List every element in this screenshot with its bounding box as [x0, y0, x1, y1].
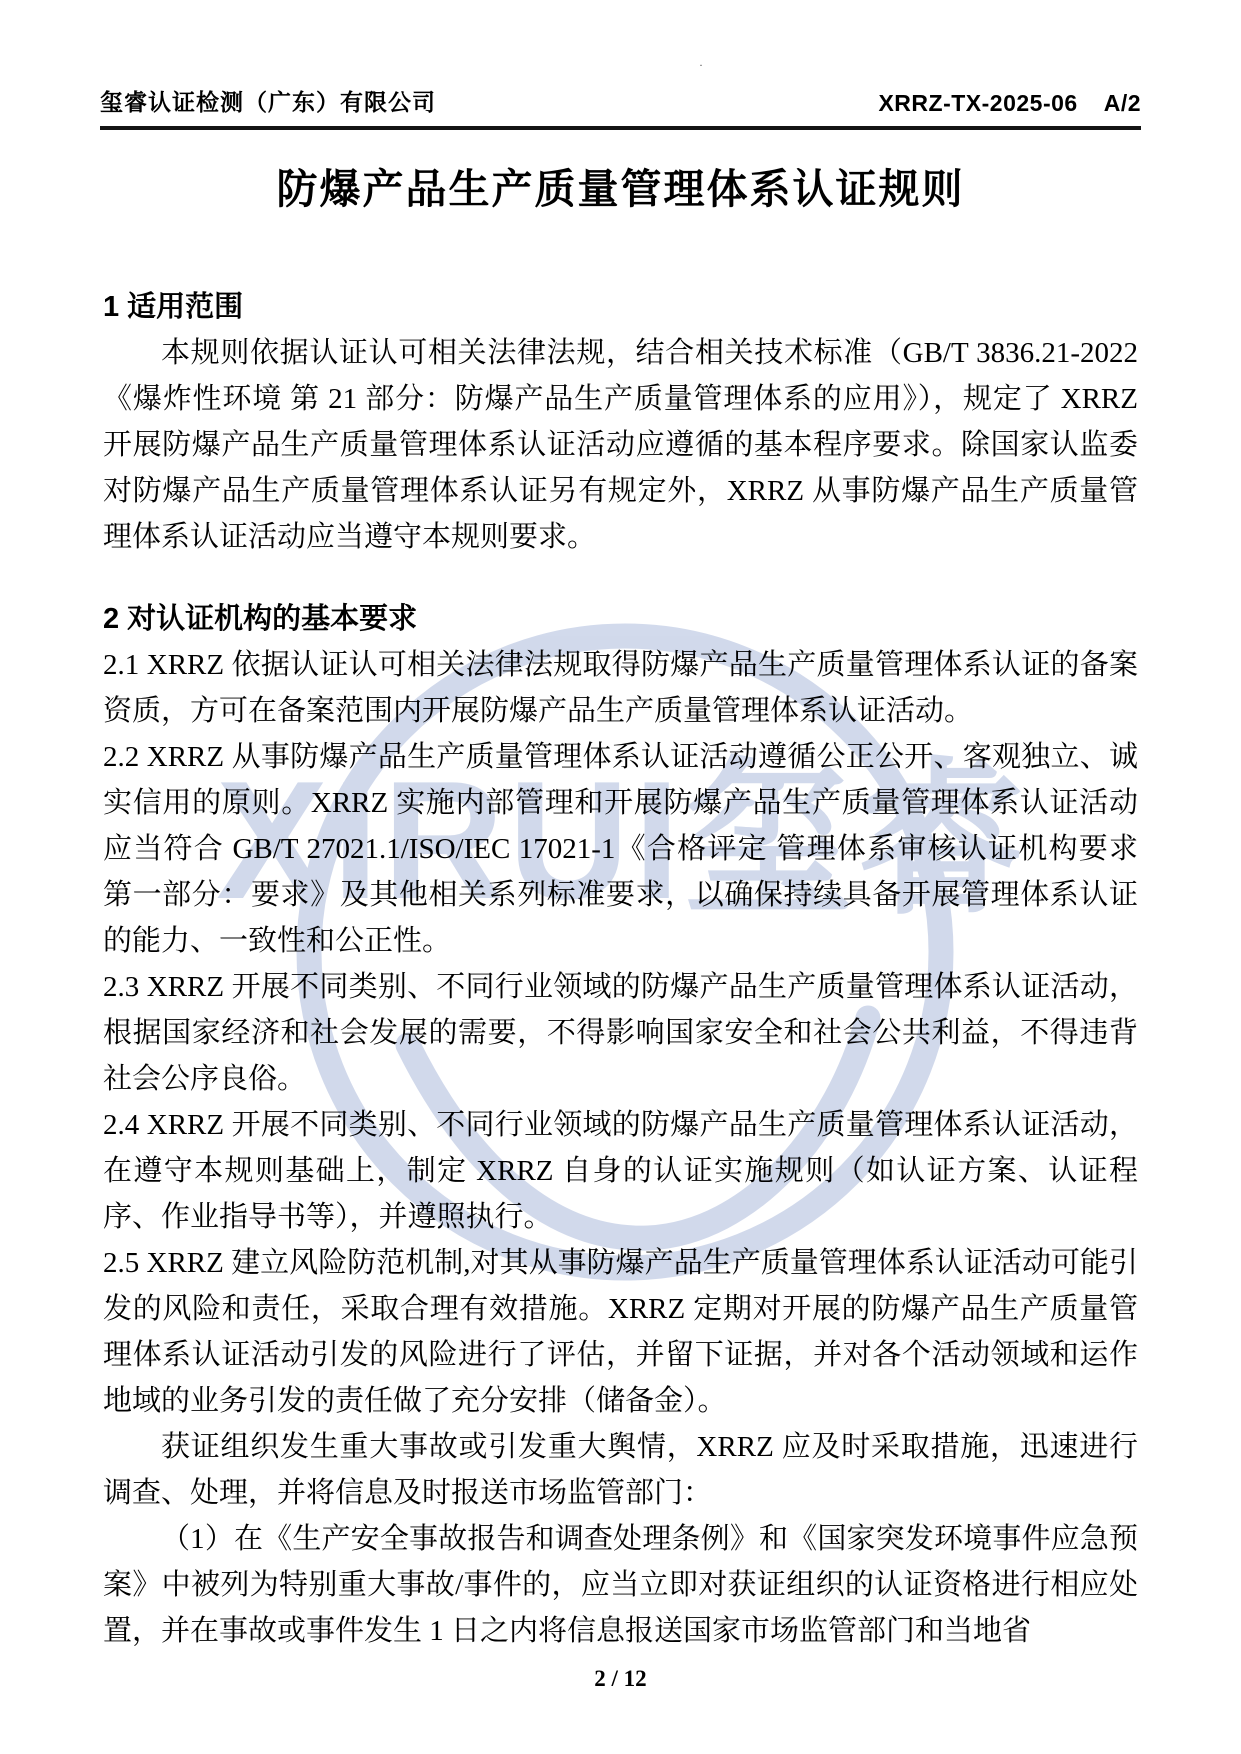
document-version: A/2	[1104, 90, 1141, 117]
paragraph: （1）在《生产安全事故报告和调查处理条例》和《国家突发环境事件应急预案》中被列为…	[103, 1516, 1138, 1654]
page-header: 玺睿认证检测（广东）有限公司 XRRZ-TX-2025-06 A/2	[100, 84, 1141, 130]
paragraph: 本规则依据认证认可相关法律法规，结合相关技术标准（GB/T 3836.21-20…	[103, 330, 1138, 560]
stray-scan-mark: ·	[699, 58, 703, 73]
document-page: XIRUI玺睿 · 玺睿认证检测（广东）有限公司 XRRZ-TX-2025-06…	[0, 0, 1241, 1754]
document-number: XRRZ-TX-2025-06	[878, 90, 1077, 117]
document-reference: XRRZ-TX-2025-06 A/2	[878, 90, 1141, 117]
paragraph: 2.4 XRRZ 开展不同类别、不同行业领域的防爆产品生产质量管理体系认证活动，…	[103, 1102, 1138, 1240]
paragraph: 获证组织发生重大事故或引发重大舆情，XRRZ 应及时采取措施，迅速进行调查、处理…	[103, 1424, 1138, 1516]
section-heading: 2 对认证机构的基本要求	[103, 596, 1138, 642]
paragraph: 2.3 XRRZ 开展不同类别、不同行业领域的防爆产品生产质量管理体系认证活动，…	[103, 964, 1138, 1102]
document-title: 防爆产品生产质量管理体系认证规则	[0, 156, 1241, 215]
paragraph: 2.1 XRRZ 依据认证认可相关法律法规取得防爆产品生产质量管理体系认证的备案…	[103, 642, 1138, 734]
company-name: 玺睿认证检测（广东）有限公司	[100, 84, 436, 117]
document-body: 1 适用范围本规则依据认证认可相关法律法规，结合相关技术标准（GB/T 3836…	[103, 284, 1138, 1654]
paragraph: 2.2 XRRZ 从事防爆产品生产质量管理体系认证活动遵循公正公开、客观独立、诚…	[103, 734, 1138, 964]
section-heading: 1 适用范围	[103, 284, 1138, 330]
paragraph: 2.5 XRRZ 建立风险防范机制,对其从事防爆产品生产质量管理体系认证活动可能…	[103, 1240, 1138, 1424]
page-number: 2 / 12	[0, 1666, 1241, 1692]
